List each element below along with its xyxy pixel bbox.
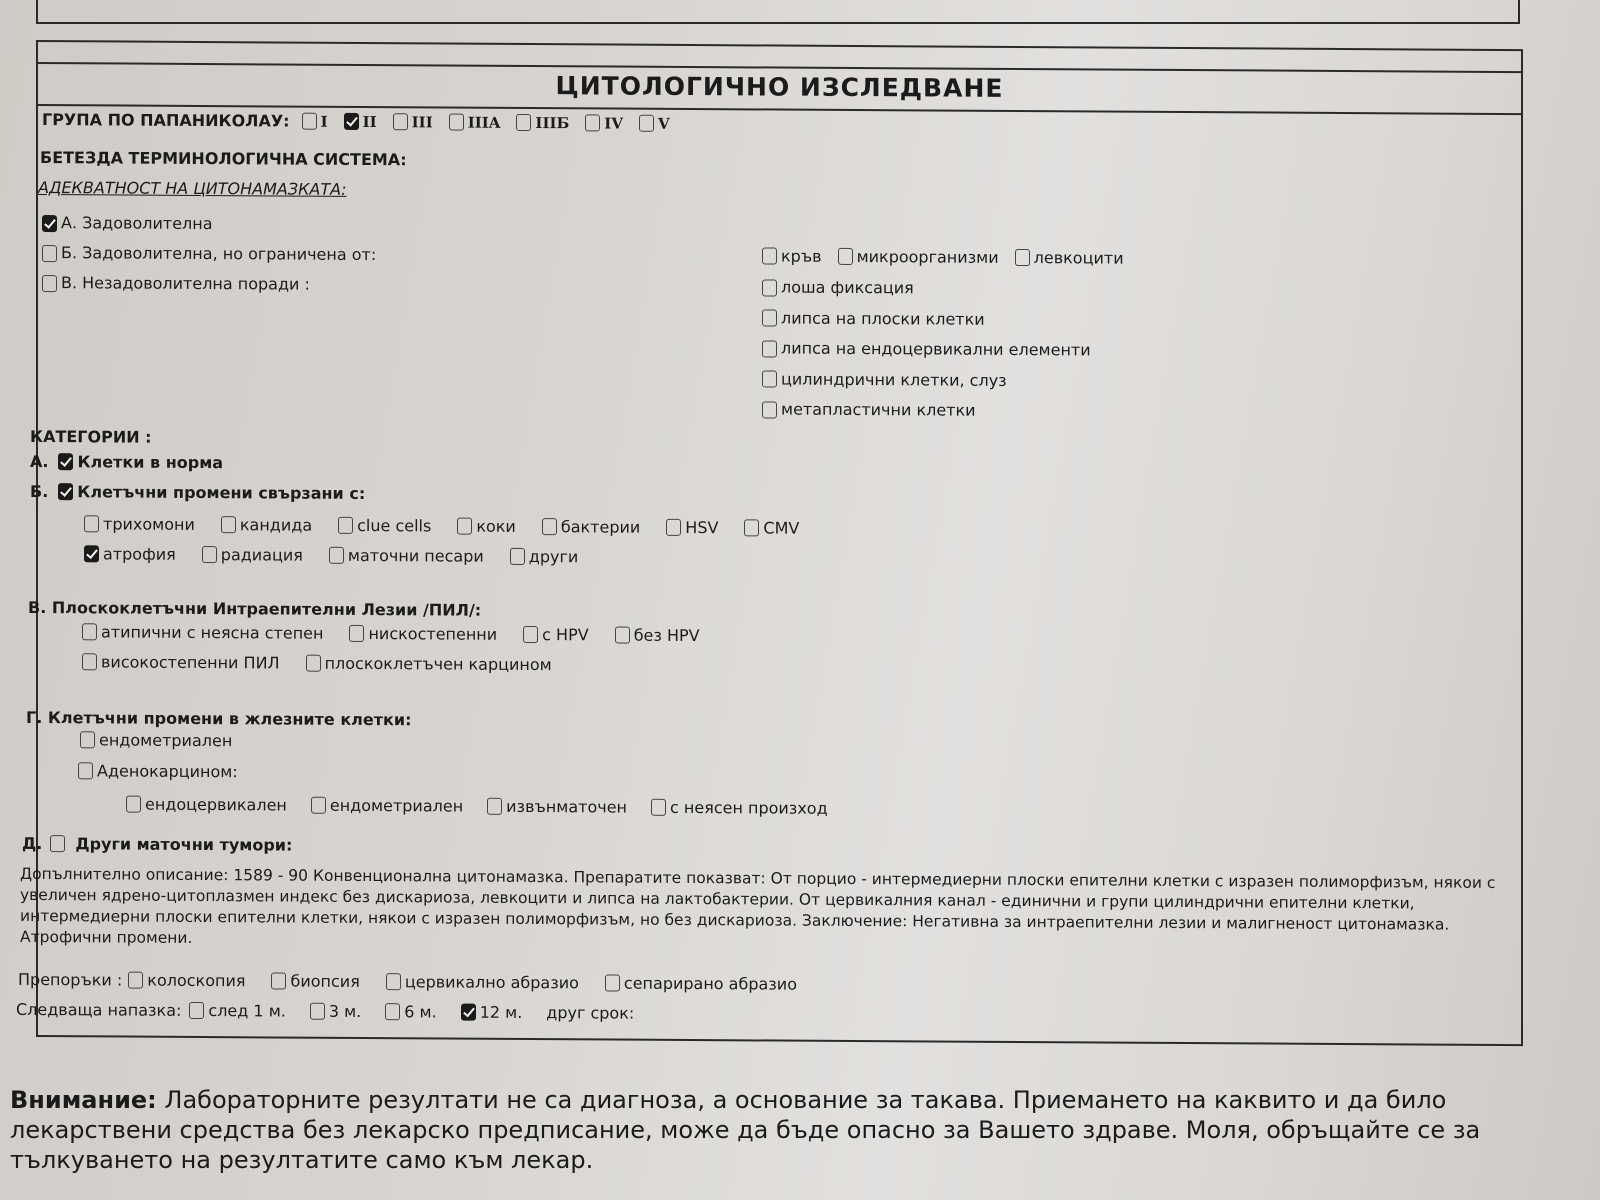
- checkbox-label: трихомони: [103, 514, 195, 534]
- checkbox-option[interactable]: нискостепенни: [349, 624, 497, 644]
- checkbox-icon[interactable]: [82, 623, 97, 640]
- adequacy-options: А. ЗадоволителнаБ. Задоволителна, но огр…: [42, 208, 392, 300]
- checkbox-option[interactable]: ендоцервикален: [126, 795, 287, 815]
- checkbox-option[interactable]: други: [510, 547, 579, 566]
- checkbox-option[interactable]: В. Незадоволителна поради :: [42, 268, 310, 300]
- checkbox-icon[interactable]: [487, 798, 502, 815]
- checkbox-option[interactable]: Б. Задоволителна, но ограничена от:: [42, 238, 376, 270]
- checkbox-option[interactable]: II: [344, 112, 377, 130]
- checkbox-icon[interactable]: [128, 972, 143, 989]
- checkbox-label: V: [658, 114, 670, 132]
- checkbox-icon[interactable]: [42, 245, 57, 262]
- checkbox-label: след 1 м.: [208, 1001, 285, 1020]
- checkbox-icon[interactable]: [666, 519, 681, 536]
- checkbox-icon[interactable]: [42, 275, 57, 292]
- checkbox-icon[interactable]: [329, 547, 344, 564]
- checkbox-icon[interactable]: [744, 519, 759, 536]
- checkbox-icon[interactable]: [523, 626, 538, 643]
- checkbox-icon[interactable]: [1015, 249, 1030, 266]
- checkbox-icon[interactable]: [393, 113, 408, 130]
- checkbox-label: бактерии: [561, 517, 640, 536]
- category-b-prefix: Б.: [30, 482, 48, 501]
- checkbox-label: други: [529, 547, 579, 566]
- next-visit-label: Следваща напазка:: [16, 1000, 181, 1020]
- checkbox-option[interactable]: 12 м.: [461, 1003, 523, 1022]
- checkbox-option[interactable]: CMV: [744, 518, 799, 537]
- endometrial-label: ендометриален: [99, 730, 232, 750]
- checkbox-option[interactable]: IIIA: [449, 113, 501, 131]
- checkbox-label: I: [321, 112, 328, 130]
- category-b-row2: атрофиярадиацияматочни песаридруги: [84, 544, 604, 566]
- checkbox-option[interactable]: кандида: [221, 515, 312, 535]
- checkbox-label: левкоцити: [1034, 248, 1124, 268]
- checkbox-icon[interactable]: [639, 115, 654, 132]
- checkbox-icon[interactable]: [302, 113, 317, 130]
- checkbox-option[interactable]: 6 м.: [385, 1002, 436, 1021]
- checkbox-icon[interactable]: [349, 625, 364, 642]
- checkbox-label: маточни песари: [348, 546, 484, 566]
- checkbox-icon[interactable]: [386, 973, 401, 990]
- checkbox-icon[interactable]: [542, 518, 557, 535]
- checkbox-option[interactable]: радиация: [202, 545, 303, 565]
- checkbox-label: без HPV: [634, 626, 700, 645]
- cytology-form: ЦИТОЛОГИЧНО ИЗСЛЕДВАНЕ ГРУПА ПО ПАПАНИКО…: [36, 40, 1523, 1046]
- papanicolaou-row: ГРУПА ПО ПАПАНИКОЛАУ: IIIIIIIIIAIIIБIVV: [42, 110, 686, 133]
- next-visit-row: Следваща напазка: след 1 м.3 м.6 м.12 м.…: [16, 1000, 634, 1023]
- categories-label: КАТЕГОРИИ :: [30, 427, 152, 447]
- adenocarcinoma-checkbox[interactable]: [78, 762, 93, 779]
- checkbox-option[interactable]: А. Задоволителна: [42, 208, 213, 239]
- checkbox-label: clue cells: [357, 516, 431, 535]
- recommendations-label: Препоръки :: [18, 970, 122, 990]
- checkbox-option[interactable]: ендометриален: [311, 796, 463, 816]
- checkbox-label: IIIБ: [535, 114, 569, 132]
- category-b-row1: трихомоникандидаclue cellsкокибактерииHS…: [84, 514, 825, 538]
- checkbox-icon[interactable]: [310, 1003, 325, 1020]
- checkbox-option[interactable]: колоскопия: [128, 971, 245, 991]
- warning-text: Лабораторните резултати не са диагноза, …: [10, 1086, 1480, 1174]
- papanicolaou-label: ГРУПА ПО ПАПАНИКОЛАУ:: [42, 110, 290, 131]
- checkbox-label: 12 м.: [480, 1003, 523, 1022]
- checked-checkbox-icon[interactable]: [42, 215, 57, 232]
- checkbox-label: кръв: [781, 247, 822, 266]
- checkbox-label: плоскоклетъчен карцином: [325, 654, 552, 674]
- checkbox-icon[interactable]: [385, 1003, 400, 1020]
- checkbox-icon[interactable]: [311, 797, 326, 814]
- checkbox-label: II: [363, 112, 377, 130]
- checkbox-icon[interactable]: [615, 627, 630, 644]
- checkbox-label: кандида: [240, 515, 312, 534]
- checkbox-label: 6 м.: [404, 1002, 436, 1021]
- checkbox-label: ендоцервикален: [145, 795, 287, 815]
- checkbox-icon[interactable]: [838, 248, 853, 265]
- checkbox-label: 3 м.: [329, 1002, 361, 1021]
- checkbox-option[interactable]: трихомони: [84, 514, 195, 534]
- bethesda-label: БЕТЕЗДА ТЕРМИНОЛОГИЧНА СИСТЕМА:: [40, 148, 407, 169]
- checkbox-label: колоскопия: [147, 971, 245, 991]
- checkbox-label: микроорганизми: [857, 247, 999, 267]
- category-c-row1: атипични с неясна степеннискостепеннис H…: [82, 622, 726, 645]
- checkbox-option[interactable]: атипични с неясна степен: [82, 622, 323, 642]
- checkbox-option[interactable]: плоскоклетъчен карцином: [306, 654, 552, 675]
- next-visit-other-label: друг срок:: [546, 1003, 634, 1023]
- checkbox-option[interactable]: IV: [585, 114, 623, 132]
- checkbox-option[interactable]: липса на плоски клетки: [762, 303, 985, 335]
- checkbox-icon[interactable]: [510, 548, 525, 565]
- checkbox-option[interactable]: без HPV: [615, 626, 700, 646]
- category-a: А. Клетки в норма: [30, 452, 223, 472]
- category-b-checkbox[interactable]: [58, 483, 73, 500]
- category-d-endometrial: ендометриален: [80, 730, 232, 750]
- checkbox-icon[interactable]: [338, 517, 353, 534]
- checkbox-label: с HPV: [542, 625, 589, 644]
- form-title: ЦИТОЛОГИЧНО ИЗСЛЕДВАНЕ: [38, 68, 1521, 106]
- category-e-checkbox[interactable]: [50, 835, 65, 852]
- checkbox-label: цилиндрични клетки, слуз: [781, 364, 1007, 396]
- checkbox-label: А. Задоволителна: [61, 208, 213, 239]
- category-d-label: Г. Клетъчни промени в жлезните клетки:: [26, 708, 412, 729]
- checkbox-icon[interactable]: [271, 972, 286, 989]
- checkbox-option[interactable]: високостепенни ПИЛ: [82, 652, 280, 672]
- checkbox-label: радиация: [221, 545, 303, 565]
- adenocarcinoma-options: ендоцервикаленендометриаленизвънматоченс…: [126, 795, 852, 818]
- checkbox-label: извънматочен: [506, 797, 627, 817]
- checkbox-label: В. Незадоволителна поради :: [61, 268, 310, 300]
- checkbox-icon[interactable]: [585, 114, 600, 131]
- checkbox-icon[interactable]: [221, 516, 236, 533]
- checkbox-icon[interactable]: [762, 310, 777, 327]
- category-e-prefix: Д.: [22, 834, 42, 853]
- checkbox-option[interactable]: биопсия: [271, 971, 359, 991]
- adenocarcinoma-label: Аденокарцином:: [97, 761, 238, 781]
- checkbox-icon[interactable]: [762, 279, 777, 296]
- checkbox-label: нискостепенни: [368, 624, 497, 644]
- checkbox-label: липса на плоски клетки: [781, 303, 985, 335]
- recommendations-options: колоскопиябиопсияцервикално абразиосепар…: [128, 971, 823, 994]
- checkbox-label: биопсия: [290, 972, 359, 991]
- endometrial-checkbox[interactable]: [80, 731, 95, 748]
- checkbox-label: CMV: [763, 518, 799, 537]
- checked-checkbox-icon[interactable]: [84, 545, 99, 562]
- checkbox-option[interactable]: кръв: [762, 246, 822, 265]
- checkbox-option[interactable]: IIIБ: [516, 113, 569, 131]
- category-c-row2: високостепенни ПИЛплоскоклетъчен карцино…: [82, 652, 578, 674]
- checkbox-icon[interactable]: [762, 340, 777, 357]
- checkbox-icon[interactable]: [605, 974, 620, 991]
- checkbox-option[interactable]: цервикално абразио: [386, 972, 579, 992]
- checkbox-option[interactable]: лоша фиксация: [762, 272, 914, 303]
- checkbox-option[interactable]: HSV: [666, 518, 718, 537]
- checkbox-icon[interactable]: [84, 515, 99, 532]
- category-e-label: Други маточни тумори:: [75, 834, 292, 854]
- papanicolaou-options: IIIIIIIIIAIIIБIVV: [302, 112, 686, 132]
- checkbox-option[interactable]: микроорганизми: [838, 247, 999, 267]
- checkbox-option[interactable]: 3 м.: [310, 1002, 361, 1021]
- warning-bold: Внимание:: [10, 1086, 157, 1114]
- category-d-adenocarcinoma: Аденокарцином:: [78, 761, 238, 781]
- checked-checkbox-icon[interactable]: [344, 113, 359, 130]
- checkbox-option[interactable]: атрофия: [84, 544, 176, 564]
- checkbox-option[interactable]: извънматочен: [487, 797, 627, 817]
- category-b-label: Клетъчни промени свързани с:: [77, 482, 365, 503]
- next-visit-options: след 1 м.3 м.6 м.12 м.: [189, 1001, 546, 1022]
- adequacy-reasons: лоша фиксациялипса на плоски клеткилипса…: [762, 272, 1107, 427]
- category-a-prefix: А.: [30, 452, 48, 471]
- checkbox-label: цервикално абразио: [405, 972, 579, 992]
- checkbox-option[interactable]: clue cells: [338, 516, 431, 536]
- category-b: Б. Клетъчни промени свързани с:: [30, 482, 365, 503]
- checkbox-label: атрофия: [103, 544, 176, 563]
- checkbox-icon[interactable]: [457, 518, 472, 535]
- checkbox-icon[interactable]: [516, 114, 531, 131]
- checkbox-option[interactable]: I: [302, 112, 328, 130]
- checkbox-icon[interactable]: [449, 114, 464, 131]
- checkbox-icon[interactable]: [189, 1002, 204, 1019]
- checkbox-option[interactable]: след 1 м.: [189, 1001, 285, 1021]
- checkbox-label: високостепенни ПИЛ: [101, 652, 280, 672]
- checkbox-option[interactable]: левкоцити: [1015, 248, 1124, 268]
- recommendations-row: Препоръки : колоскопиябиопсияцервикално …: [18, 970, 823, 994]
- category-a-checkbox[interactable]: [58, 453, 73, 470]
- checkbox-label: III: [412, 113, 433, 131]
- checkbox-icon[interactable]: [762, 401, 777, 418]
- checkbox-label: атипични с неясна степен: [101, 622, 323, 642]
- category-a-label: Клетки в норма: [77, 452, 223, 472]
- previous-section-box: Други данни:: [36, 0, 1520, 24]
- checkbox-label: IIIA: [468, 113, 501, 131]
- category-e: Д. Други маточни тумори:: [22, 834, 292, 855]
- checkbox-option[interactable]: V: [639, 114, 670, 132]
- checkbox-icon[interactable]: [762, 247, 777, 264]
- checkbox-label: Б. Задоволителна, но ограничена от:: [61, 238, 376, 270]
- adequacy-label: АДЕКВАТНОСТ НА ЦИТОНАМАЗКАТА:: [38, 178, 346, 199]
- checkbox-option[interactable]: III: [393, 113, 433, 131]
- additional-description: Допълнително описание: 1589 - 90 Конвенц…: [20, 864, 1535, 957]
- checkbox-label: IV: [604, 114, 623, 132]
- checkbox-option[interactable]: сепарирано абразио: [605, 973, 797, 993]
- category-c-label: В. Плоскоклетъчни Интраепителни Лезии /П…: [28, 598, 481, 620]
- checkbox-label: метапластични клетки: [781, 395, 976, 427]
- adequacy-reasons-row1: кръвмикроорганизмилевкоцити: [762, 246, 1140, 267]
- checkbox-option[interactable]: цилиндрични клетки, слуз: [762, 364, 1007, 396]
- checkbox-option[interactable]: метапластични клетки: [762, 394, 976, 426]
- checkbox-label: липса на ендоцервикални елементи: [781, 334, 1091, 366]
- checkbox-label: сепарирано абразио: [624, 974, 797, 994]
- checkbox-option[interactable]: коки: [457, 517, 516, 536]
- checkbox-label: с неясен произход: [670, 798, 828, 818]
- checkbox-icon[interactable]: [202, 546, 217, 563]
- checkbox-label: лоша фиксация: [781, 273, 914, 304]
- checked-checkbox-icon[interactable]: [461, 1004, 476, 1021]
- checkbox-icon[interactable]: [82, 653, 97, 670]
- checkbox-label: коки: [476, 517, 516, 536]
- checkbox-option[interactable]: бактерии: [542, 517, 640, 537]
- warning-notice: Внимание: Лабораторните резултати не са …: [10, 1085, 1510, 1175]
- checkbox-option[interactable]: с HPV: [523, 625, 589, 644]
- checkbox-icon[interactable]: [306, 655, 321, 672]
- checkbox-option[interactable]: липса на ендоцервикални елементи: [762, 333, 1091, 366]
- checkbox-icon[interactable]: [762, 371, 777, 388]
- checkbox-icon[interactable]: [651, 799, 666, 816]
- checkbox-option[interactable]: с неясен произход: [651, 798, 828, 818]
- checkbox-label: HSV: [685, 518, 718, 537]
- checkbox-label: ендометриален: [330, 796, 463, 816]
- checkbox-option[interactable]: маточни песари: [329, 546, 484, 566]
- checkbox-icon[interactable]: [126, 796, 141, 813]
